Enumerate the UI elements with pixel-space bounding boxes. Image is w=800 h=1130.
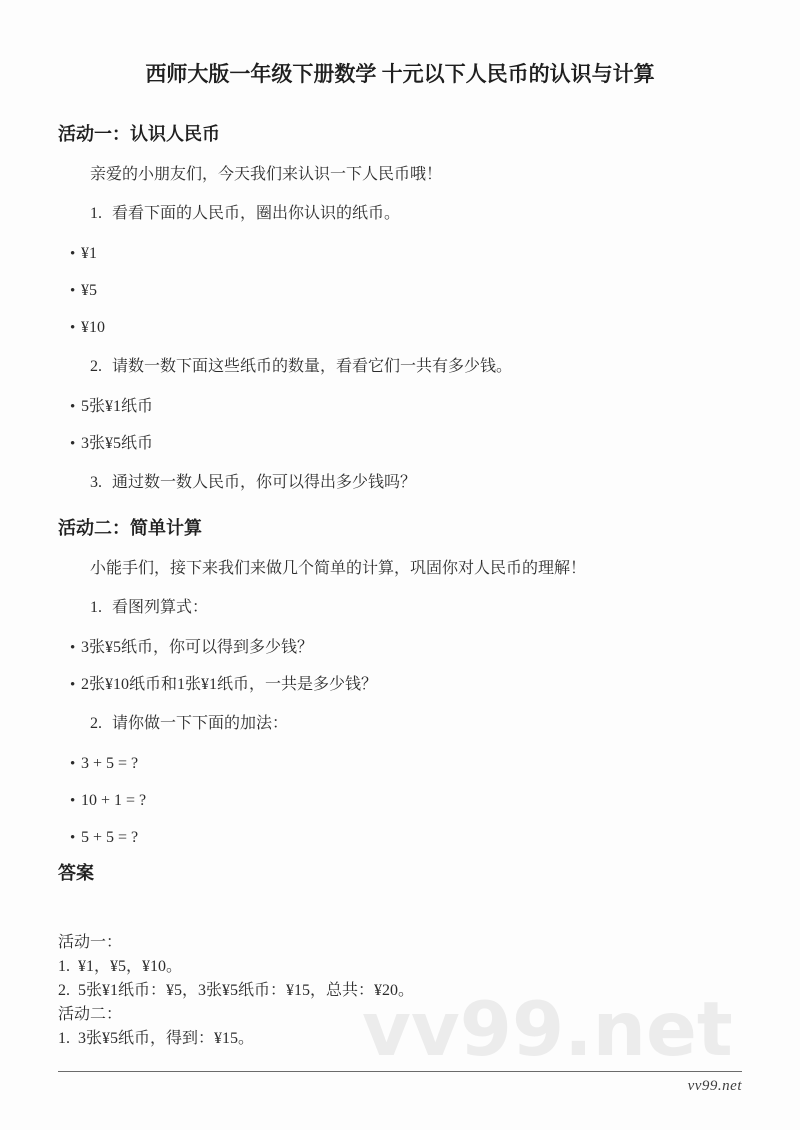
bullet-item: •3张¥5纸币，你可以得到多少钱？ [70, 640, 742, 656]
item-text: 请数一数下面这些纸币的数量，看看它们一共有多少钱。 [112, 358, 512, 375]
section-heading-activity-2: 活动二：简单计算 [58, 519, 742, 538]
bullet-dot-icon: • [70, 436, 81, 452]
bullet-text: ¥10 [81, 320, 105, 336]
answer-line: 1. 3张¥5纸币，得到：¥15。 [58, 1027, 742, 1051]
numbered-item: 1.看图列算式： [90, 600, 742, 616]
footer-divider [58, 1071, 742, 1072]
worksheet-page: vv99.net 西师大版一年级下册数学 十元以下人民币的认识与计算 活动一：认… [0, 0, 800, 1130]
bullet-dot-icon: • [70, 283, 81, 299]
bullet-dot-icon: • [70, 320, 81, 336]
bullet-text: ¥5 [81, 283, 97, 299]
item-text: 通过数一数人民币，你可以得出多少钱吗？ [112, 474, 416, 491]
answer-line: 1. ¥1，¥5，¥10。 [58, 955, 742, 979]
bullet-text: 5 + 5 = ? [81, 830, 138, 846]
bullet-text: 3张¥5纸币，你可以得到多少钱？ [81, 640, 313, 656]
footer-site-text: vv99.net [688, 1078, 742, 1095]
bullet-dot-icon: • [70, 246, 81, 262]
bullet-item: •¥10 [70, 320, 742, 336]
bullet-dot-icon: • [70, 756, 81, 772]
bullet-text: 2张¥10纸币和1张¥1纸币，一共是多少钱？ [81, 677, 377, 693]
document-content: 西师大版一年级下册数学 十元以下人民币的认识与计算 活动一：认识人民币 亲爱的小… [0, 0, 800, 1051]
bullet-item: •¥1 [70, 246, 742, 262]
item-number: 2. [90, 716, 112, 732]
bullet-item: •10 + 1 = ? [70, 793, 742, 809]
bullet-text: 5张¥1纸币 [81, 399, 153, 415]
page-title: 西师大版一年级下册数学 十元以下人民币的认识与计算 [58, 0, 742, 87]
bullet-dot-icon: • [70, 399, 81, 415]
bullet-item: •3张¥5纸币 [70, 436, 742, 452]
numbered-item: 1.看看下面的人民币，圈出你认识的纸币。 [90, 206, 742, 222]
item-number: 1. [90, 600, 112, 616]
bullet-dot-icon: • [70, 640, 81, 656]
numbered-item: 3.通过数一数人民币，你可以得出多少钱吗？ [90, 475, 742, 491]
bullet-item: •5张¥1纸币 [70, 399, 742, 415]
answers-block: 活动一： 1. ¥1，¥5，¥10。 2. 5张¥1纸币：¥5，3张¥5纸币：¥… [58, 931, 742, 1051]
item-text: 请你做一下下面的加法： [112, 715, 288, 732]
item-number: 3. [90, 475, 112, 491]
item-number: 2. [90, 359, 112, 375]
numbered-item: 2.请你做一下下面的加法： [90, 716, 742, 732]
item-text: 看看下面的人民币，圈出你认识的纸币。 [112, 205, 400, 222]
bullet-item: •5 + 5 = ? [70, 830, 742, 846]
answer-line: 活动二： [58, 1003, 742, 1027]
intro-paragraph: 小能手们，接下来我们来做几个简单的计算，巩固你对人民币的理解！ [90, 561, 742, 577]
bullet-item: •3 + 5 = ? [70, 756, 742, 772]
bullet-dot-icon: • [70, 677, 81, 693]
bullet-text: 3张¥5纸币 [81, 436, 153, 452]
item-number: 1. [90, 206, 112, 222]
bullet-item: •2张¥10纸币和1张¥1纸币，一共是多少钱？ [70, 677, 742, 693]
bullet-text: 10 + 1 = ? [81, 793, 146, 809]
answer-line: 2. 5张¥1纸币：¥5，3张¥5纸币：¥15，总共：¥20。 [58, 979, 742, 1003]
answer-line: 活动一： [58, 931, 742, 955]
bullet-text: 3 + 5 = ? [81, 756, 138, 772]
section-heading-activity-1: 活动一：认识人民币 [58, 125, 742, 144]
item-text: 看图列算式： [112, 599, 208, 616]
bullet-item: •¥5 [70, 283, 742, 299]
answers-heading: 答案 [58, 864, 742, 883]
bullet-text: ¥1 [81, 246, 97, 262]
intro-paragraph: 亲爱的小朋友们，今天我们来认识一下人民币哦！ [90, 167, 742, 183]
numbered-item: 2.请数一数下面这些纸币的数量，看看它们一共有多少钱。 [90, 359, 742, 375]
bullet-dot-icon: • [70, 830, 81, 846]
bullet-dot-icon: • [70, 793, 81, 809]
